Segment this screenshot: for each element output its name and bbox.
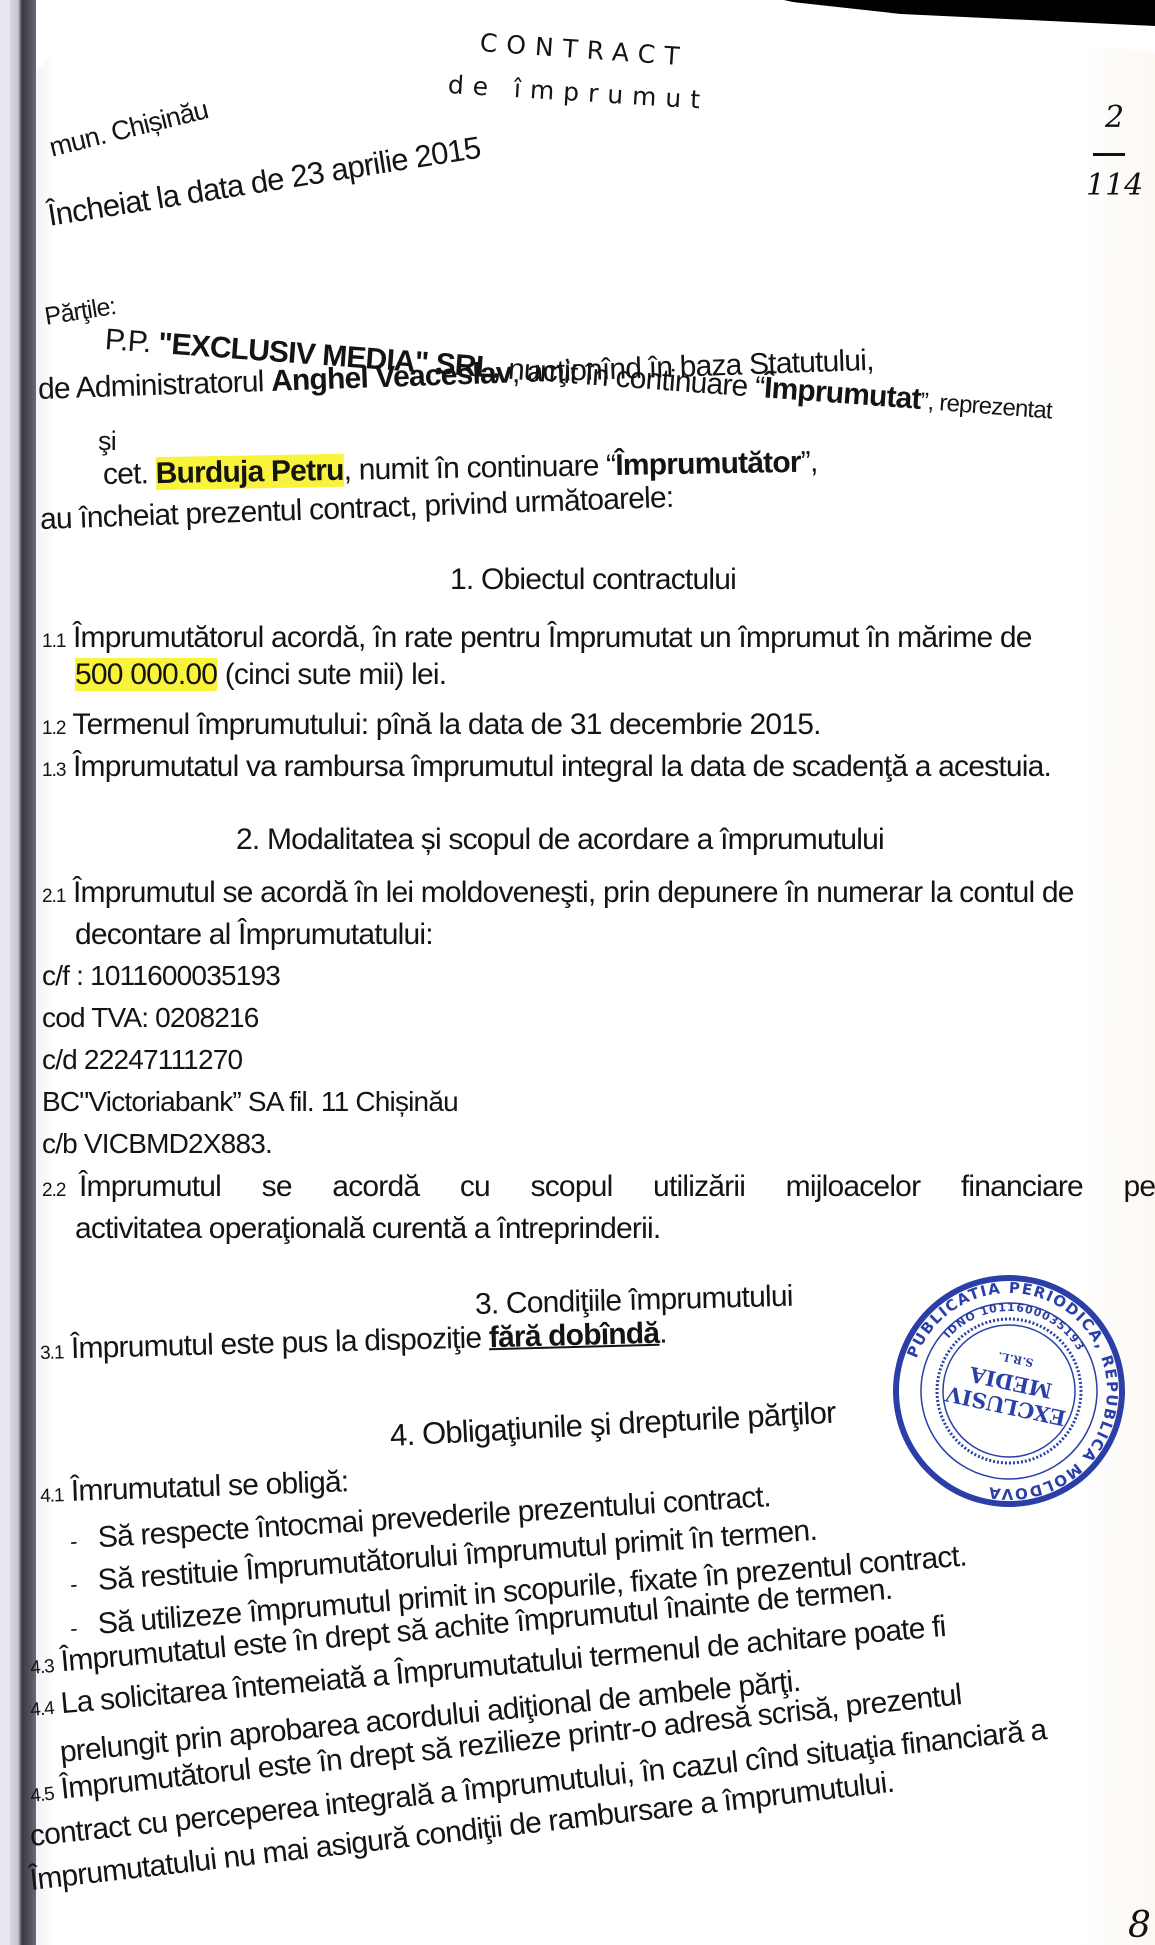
- document-photo: CONTRACT de împrumut 2 114 mun. Chișinău…: [0, 0, 1155, 1945]
- clause-1-2: 1.2 Termenul împrumutului: pînă la data …: [42, 710, 821, 740]
- handwritten-page-total: 114: [1086, 168, 1143, 203]
- section-2-heading: 2. Modalitatea și scopul de acordare a î…: [236, 825, 884, 855]
- clause-1-1-amount: 500 000.00 (cinci sute mii) lei.: [75, 660, 446, 690]
- fiscal-code: c/f : 1011600035193: [42, 962, 280, 990]
- clause-2-2: 2.2 Împrumutul se acordă cu scopul utili…: [42, 1172, 1155, 1202]
- handwritten-page-index: 2: [1105, 100, 1124, 135]
- clause-2-1: 2.1 Împrumutul se acordă în lei moldoven…: [42, 878, 1074, 908]
- lender-name: Burduja Petru: [155, 454, 344, 490]
- vat-code: cod TVA: 0208216: [42, 1004, 259, 1032]
- section-1-heading: 1. Obiectul contractului: [450, 565, 736, 595]
- svg-text:S.R.L.: S.R.L.: [997, 1349, 1035, 1369]
- conjunction: şi: [98, 428, 116, 455]
- clause-1-3: 1.3 Împrumutatul va rambursa împrumutul …: [42, 752, 1051, 782]
- clause-2-1-cont: decontare al Împrumutatului:: [75, 920, 433, 950]
- no-interest-emphasis: fără dobîndă: [488, 1317, 659, 1354]
- clause-2-2-cont: activitatea operaţională curentă a între…: [75, 1214, 660, 1244]
- company-stamp-icon: PUBLICATIA PERIODICĂ, REPUBLICA MOLDOVA …: [871, 1253, 1146, 1528]
- account-number: c/d 22247111270: [42, 1046, 242, 1074]
- clause-1-1: 1.1 Împrumutătorul acordă, în rate pentr…: [42, 623, 1032, 653]
- handwritten-page-number: 8: [1128, 1905, 1151, 1945]
- previous-page-edge: [0, 0, 10, 1945]
- fraction-line: [1093, 153, 1125, 156]
- bank-code: c/b VICBMD2X883.: [42, 1130, 272, 1158]
- bank-name: BC"Victoriabank” SA fil. 11 Chișinău: [42, 1088, 458, 1116]
- loan-amount: 500 000.00: [75, 658, 217, 691]
